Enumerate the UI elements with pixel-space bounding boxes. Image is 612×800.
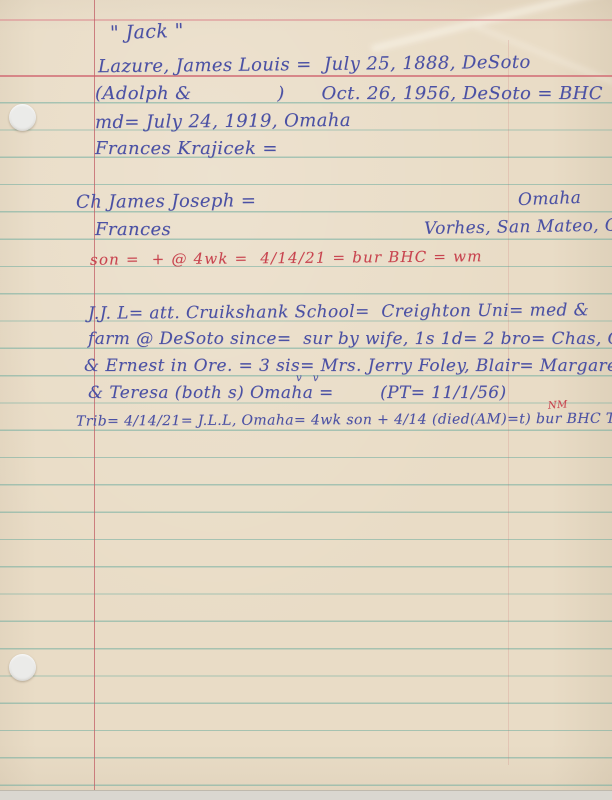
bio-line-4: & Teresa (both s) Omaha = (PT= 11/1/56)	[88, 384, 507, 404]
tribune-note: Trib= 4/14/21= J.L.L, Omaha= 4wk son + 4…	[76, 410, 612, 429]
parents-and-death: (Adolph & ) Oct. 26, 1956, DeSoto = BHC	[95, 84, 603, 105]
bio-line-1: J.J. L= att. Cruikshank School= Creighto…	[88, 301, 589, 324]
marriage-date: md= July 24, 1919, Omaha	[95, 111, 351, 134]
child-daughter: Frances	[95, 220, 171, 241]
check-marks: v v	[296, 373, 319, 385]
notebook-page: " Jack "Lazure, James Louis = July 25, 1…	[0, 0, 612, 800]
paper-crease	[371, 0, 612, 52]
residence-cal: Vorhes, San Mateo, Cal.	[424, 216, 612, 239]
bio-line-2: farm @ DeSoto since= sur by wife, 1s 1d=…	[88, 330, 612, 350]
bio-line-3: & Ernest in Ore. = 3 sis= Mrs. Jerry Fol…	[84, 357, 612, 377]
son-death-note: son = + @ 4wk = 4/14/21 = bur BHC = wm	[90, 248, 483, 269]
ink-bleed-line	[508, 40, 509, 765]
residence-omaha: Omaha	[518, 189, 582, 211]
punch-hole-top	[9, 104, 36, 131]
ruled-line-pink	[0, 19, 612, 21]
nickname: " Jack "	[110, 21, 185, 45]
name-and-birth: Lazure, James Louis = July 25, 1888, DeS…	[98, 53, 531, 78]
punch-hole-bottom	[9, 654, 36, 681]
child-son: Ch James Joseph =	[76, 191, 257, 213]
scan-bottom-edge	[0, 790, 612, 800]
spouse-name: Frances Krajicek =	[95, 139, 278, 160]
annotation-nm: NM	[548, 399, 569, 412]
